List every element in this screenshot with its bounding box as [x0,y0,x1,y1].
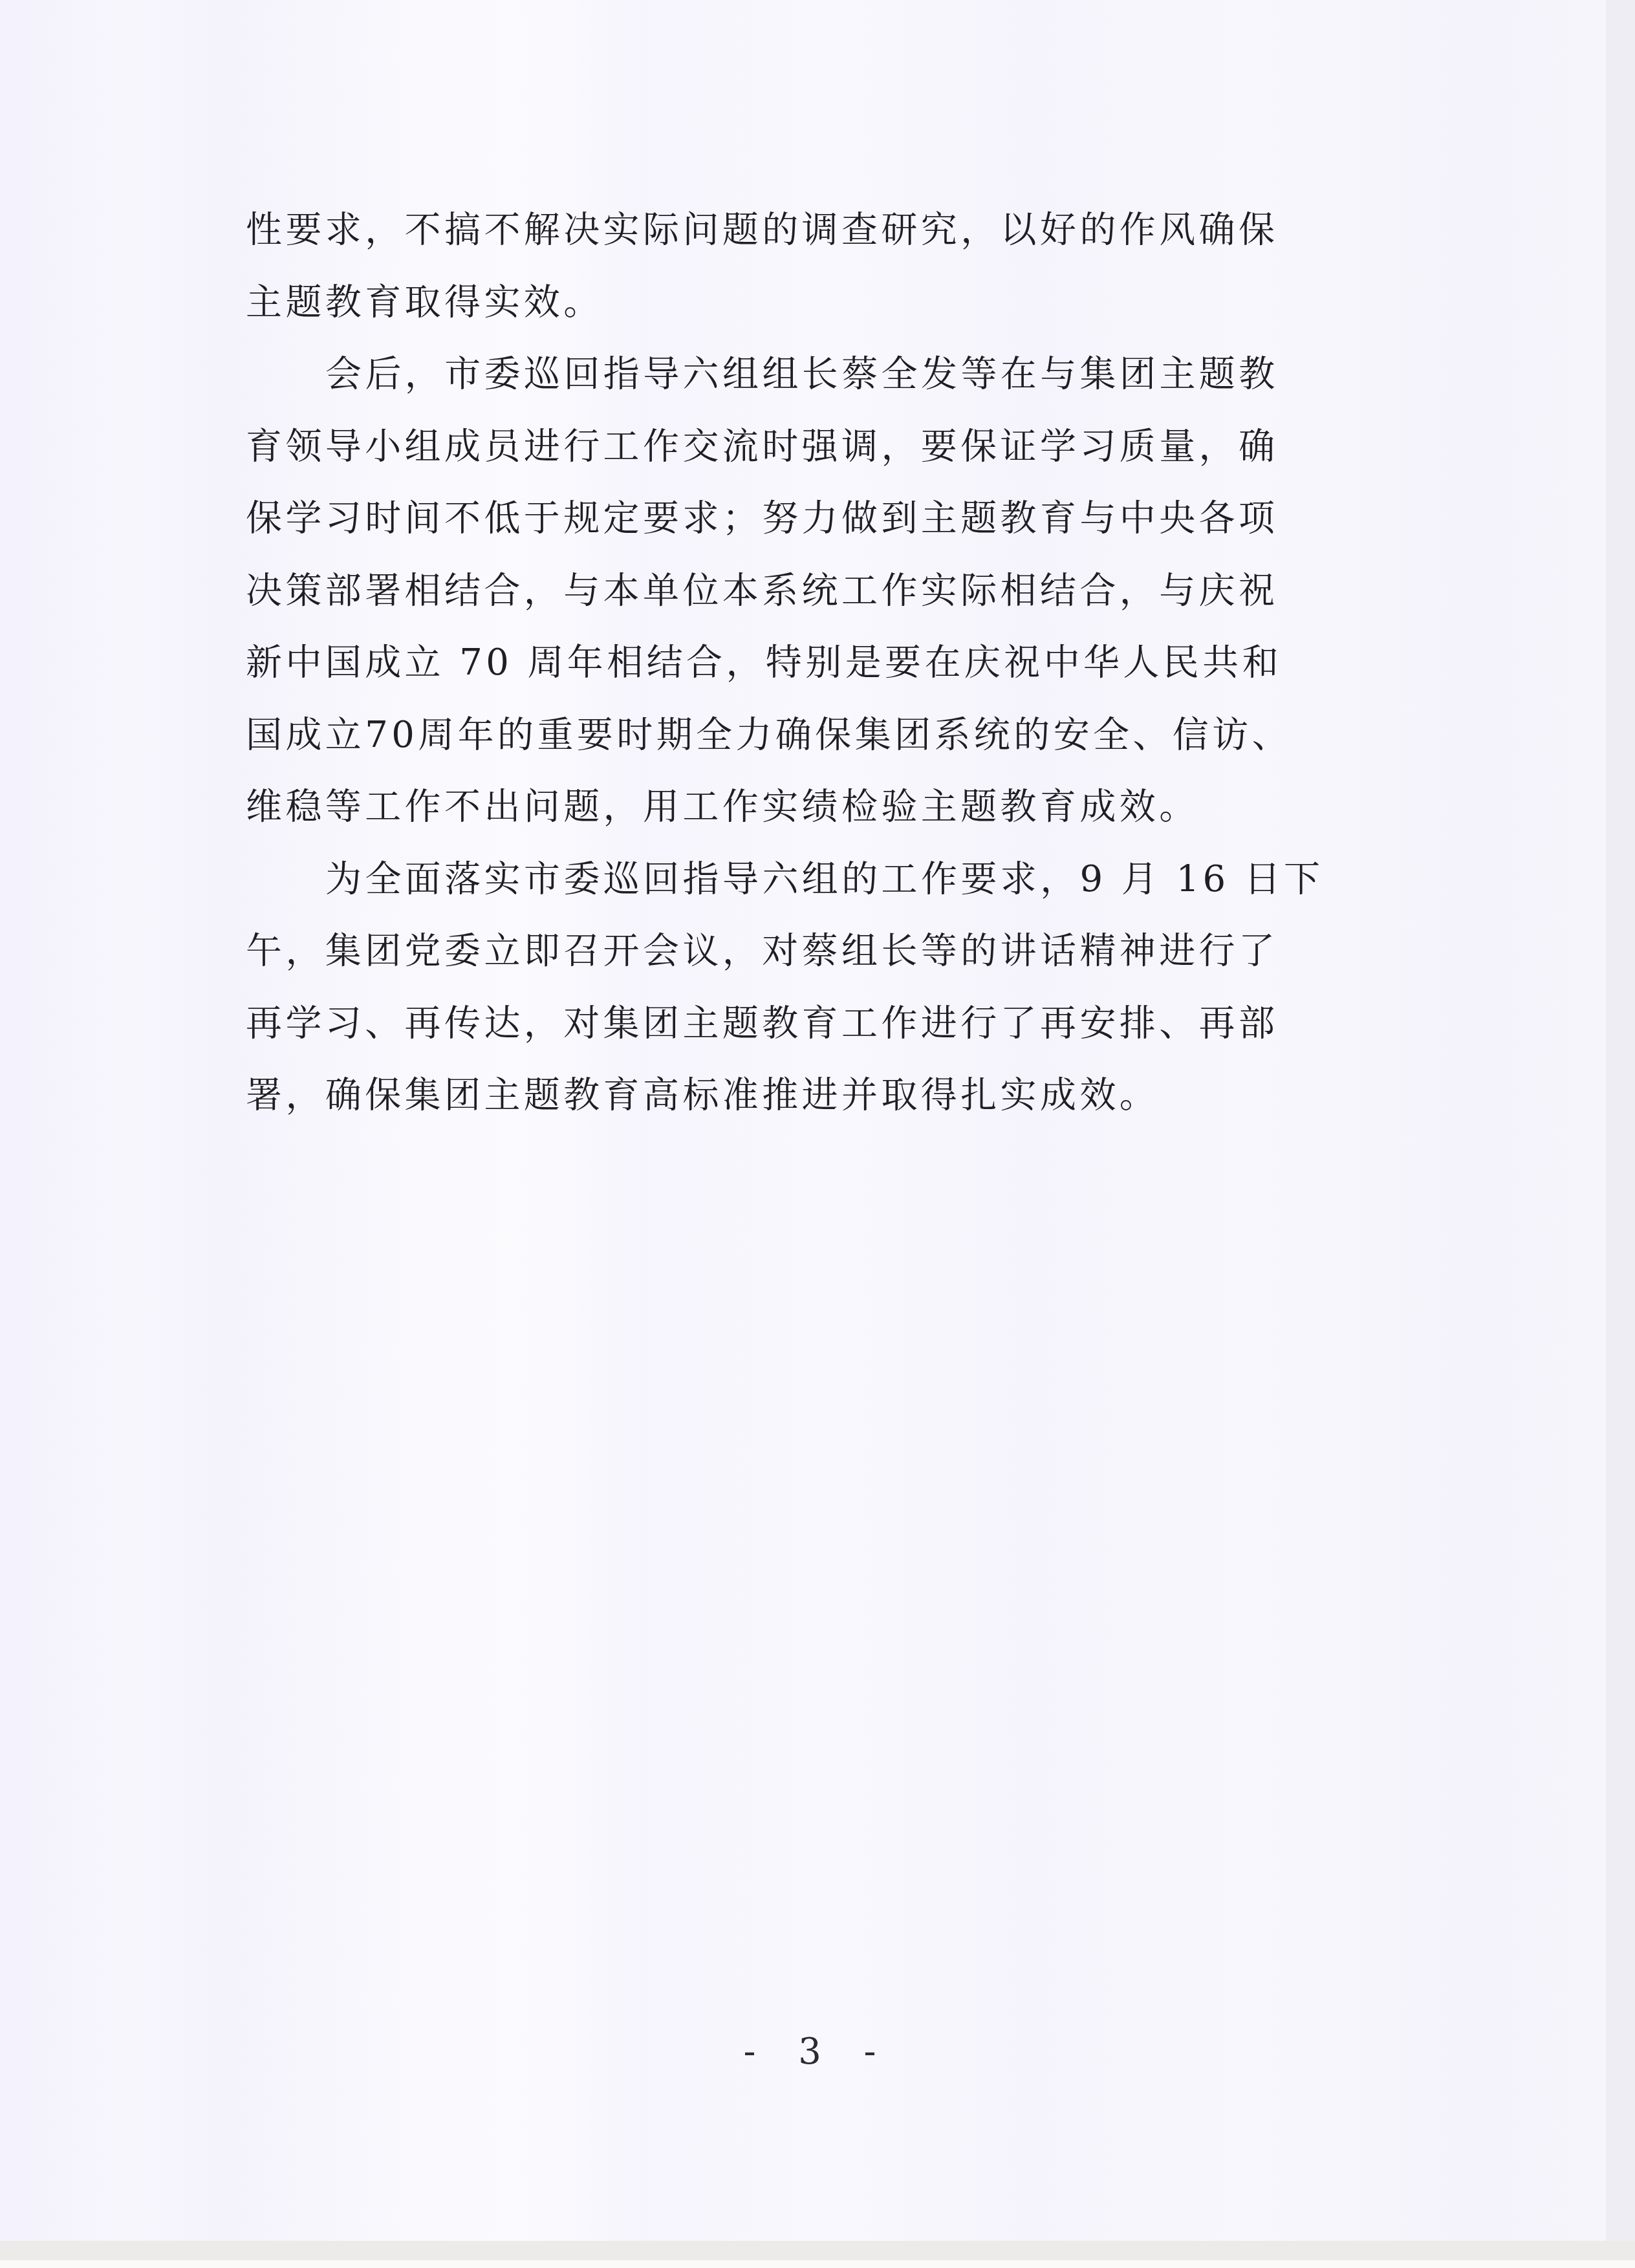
scan-edge-right [1606,0,1635,2260]
scan-edge-bottom [0,2241,1635,2260]
document-body: 性要求，不搞不解决实际问题的调查研究，以好的作风确保 主题教育取得实效。 会后，… [246,194,1371,1132]
text-line: 会后，市委巡回指导六组组长蔡全发等在与集团主题教 [246,338,1371,411]
paragraph-3: 为全面落实市委巡回指导六组的工作要求，9 月 16 日下 午，集团党委立即召开会… [246,843,1371,1132]
text-line: 育领导小组成员进行工作交流时强调，要保证学习质量，确 [246,411,1371,483]
text-line: 为全面落实市委巡回指导六组的工作要求，9 月 16 日下 [246,843,1371,916]
scan-margin-bottom [0,2260,1635,2268]
text-line: 性要求，不搞不解决实际问题的调查研究，以好的作风确保 [246,194,1371,266]
text-line: 维稳等工作不出问题，用工作实绩检验主题教育成效。 [246,771,1371,843]
text-line: 新中国成立 70 周年相结合，特别是要在庆祝中华人民共和 [246,627,1371,699]
text-line: 国成立70周年的重要时期全力确保集团系统的安全、信访、 [246,699,1371,772]
text-line: 主题教育取得实效。 [246,266,1371,339]
text-line: 再学习、再传达，对集团主题教育工作进行了再安排、再部 [246,988,1371,1060]
text-line: 决策部署相结合，与本单位本系统工作实际相结合，与庆祝 [246,555,1371,627]
paragraph-1: 性要求，不搞不解决实际问题的调查研究，以好的作风确保 主题教育取得实效。 [246,194,1371,338]
text-line: 午，集团党委立即召开会议，对蔡组长等的讲话精神进行了 [246,915,1371,988]
text-line: 保学习时间不低于规定要求；努力做到主题教育与中央各项 [246,482,1371,555]
text-line: 署，确保集团主题教育高标准推进并取得扎实成效。 [246,1059,1371,1132]
paragraph-2: 会后，市委巡回指导六组组长蔡全发等在与集团主题教 育领导小组成员进行工作交流时强… [246,338,1371,843]
page-number: - 3 - [0,2031,1635,2073]
